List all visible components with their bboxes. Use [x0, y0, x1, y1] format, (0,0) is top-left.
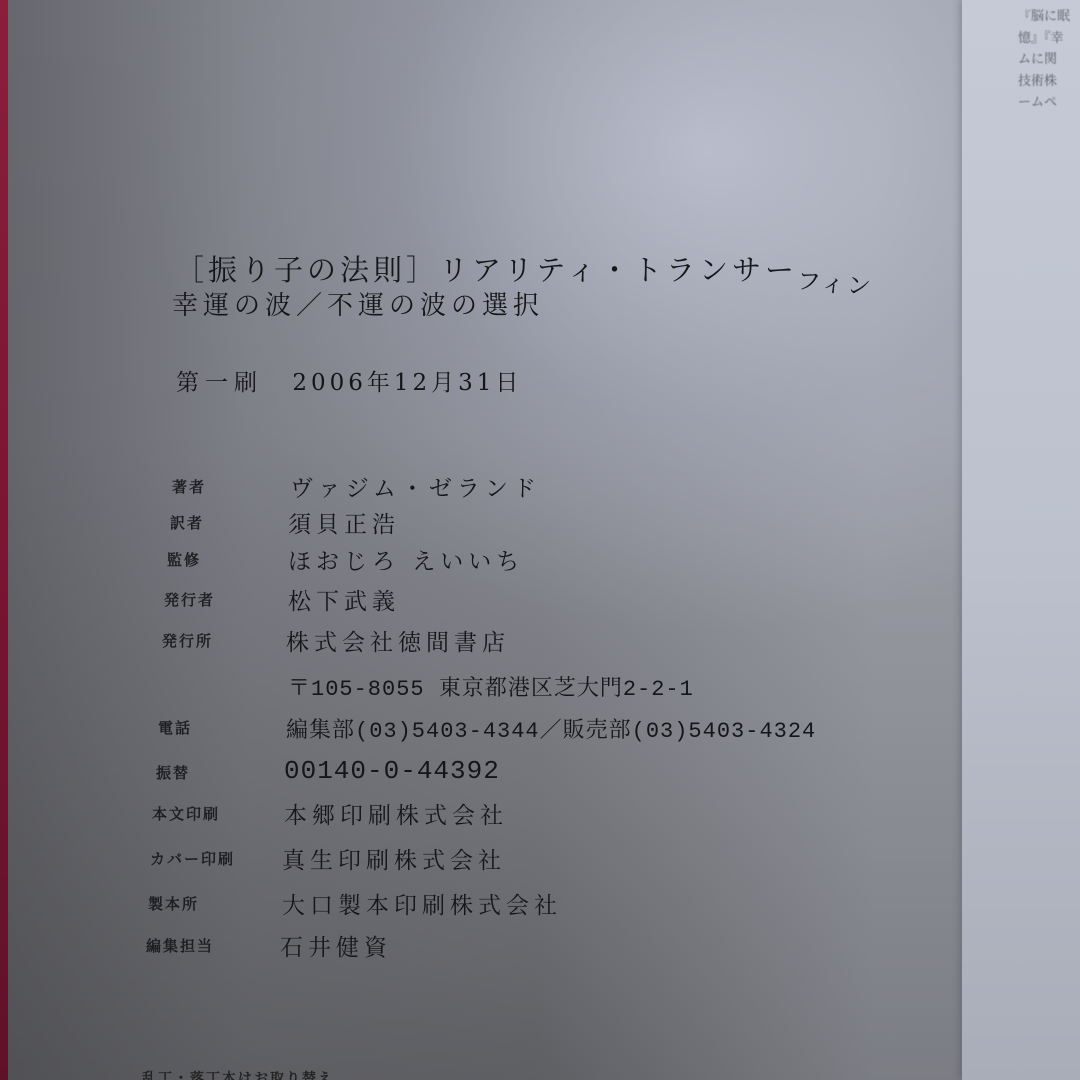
row-value: 00140-0-44392 [284, 756, 500, 786]
row-value: ヴァジム・ゼランド [290, 470, 541, 503]
row-label: 製本所 [148, 893, 199, 914]
facing-line: ムに関 [1018, 49, 1070, 71]
row-label: 発行所 [162, 630, 213, 651]
row-label: 著者 [172, 476, 206, 497]
row-label: 本文印刷 [152, 803, 220, 824]
row-label: カバー印刷 [150, 848, 235, 869]
book-cover-edge [0, 0, 8, 1080]
facing-line: 憶』『幸 [1018, 28, 1070, 50]
facing-line: ームペ [1018, 92, 1070, 114]
row-label: 振替 [156, 762, 190, 783]
facing-line: 技術株 [1018, 71, 1070, 93]
row-value: 大口製本印刷株式会社 [282, 887, 562, 920]
row-value: 〒105-8055 東京都港区芝大門2-2-1 [288, 671, 694, 702]
row-label: 電話 [158, 717, 192, 738]
book-title-main: ［振り子の法則］リアリティ・トランサー [175, 253, 798, 287]
row-value: 須貝正浩 [288, 506, 400, 539]
edition-date: 2006年12月31日 [292, 370, 522, 396]
row-label: 発行者 [164, 589, 215, 610]
book-title-tail: フィン [796, 261, 875, 302]
row-value: 本郷印刷株式会社 [284, 797, 508, 830]
edition-line: 第一刷 2006年12月31日 [176, 364, 522, 397]
facing-page-text: 『脳に眠 憶』『幸 ムに関 技術株 ームペ [1018, 6, 1070, 114]
row-value: 真生印刷株式会社 [282, 842, 506, 875]
book-title: ［振り子の法則］リアリティ・トランサーフィン [175, 248, 874, 289]
row-label: 監修 [167, 549, 201, 570]
row-value: ほおじろ えいいち [288, 543, 524, 576]
book-subtitle: 幸運の波／不運の波の選択 [172, 285, 544, 322]
facing-line: 『脳に眠 [1018, 6, 1070, 28]
row-label: 編集担当 [146, 935, 214, 956]
edition-label: 第一刷 [176, 370, 263, 396]
row-value: 編集部(03)5403-4344／販売部(03)5403-4324 [286, 713, 816, 744]
footnote-partial: 乱丁・落丁本はお取り替え [142, 1068, 334, 1080]
row-value: 石井健資 [280, 929, 392, 962]
row-value: 松下武義 [288, 583, 400, 616]
photo-scene: 『脳に眠 憶』『幸 ムに関 技術株 ームペ ［振り子の法則］リアリティ・トランサ… [0, 0, 1080, 1080]
row-value: 株式会社徳間書店 [286, 624, 510, 657]
row-label: 訳者 [170, 512, 204, 533]
facing-page [962, 0, 1080, 1080]
